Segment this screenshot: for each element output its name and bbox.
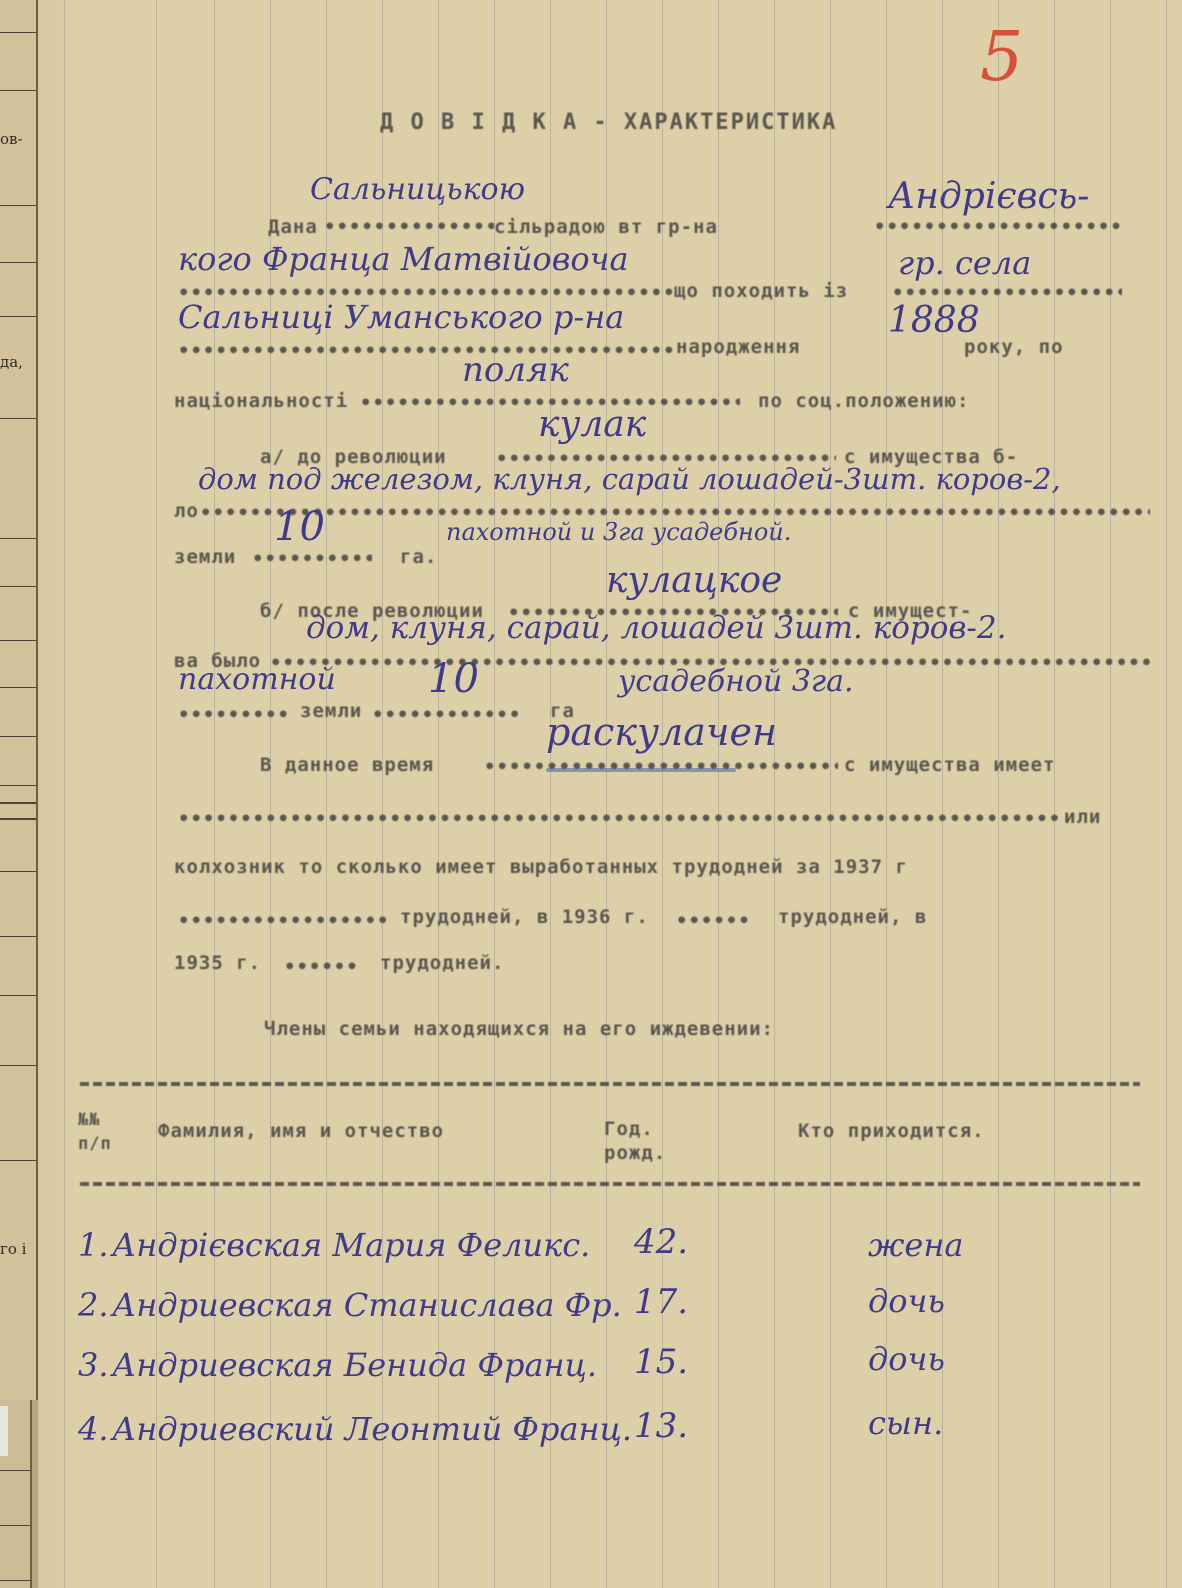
- handwritten-origin: гр. села: [898, 244, 1031, 282]
- fill-dots: ••••••••••••••••••••••••••••••••••••••••…: [178, 808, 1058, 830]
- handwritten-land-after: 10: [428, 656, 479, 702]
- handwritten-property-after: дом, клуня, сарай, лошадей 3шт. коров-2.: [306, 610, 1006, 646]
- row-year: 13.: [634, 1406, 688, 1446]
- rule-line: [0, 802, 36, 804]
- handwritten-issuer: Сальницькою: [310, 172, 525, 207]
- handwritten-status-before: кулак: [538, 404, 646, 445]
- rule-line: [0, 90, 36, 91]
- rule-line: [0, 785, 36, 786]
- fill-dots: ••••••••••••••••••••: [324, 216, 494, 238]
- rule-line: [0, 538, 36, 539]
- handwritten-land-note-after: усадебной 3га.: [618, 664, 854, 699]
- adjacent-page-edge: ов- да, го і: [0, 0, 38, 1400]
- rule-line: [0, 1525, 30, 1526]
- fill-dots: ••••••: [676, 910, 766, 932]
- handwritten-birth-year: 1888: [888, 300, 980, 341]
- form-label: трудодней, в 1936 г.: [400, 906, 649, 928]
- handwritten-property-before: дом под железом, клуня, сарай лошадей-3ш…: [198, 462, 1061, 496]
- handwritten-arable: пахотной: [178, 662, 336, 697]
- adjacent-text-fragment: да,: [0, 353, 23, 371]
- rule-line: [0, 936, 36, 937]
- rule-line: [0, 1160, 36, 1161]
- form-label: трудодней.: [380, 952, 504, 974]
- form-label: народження: [676, 336, 800, 358]
- row-year: 17.: [634, 1282, 688, 1322]
- row-name: Андрієвская Мария Феликс.: [112, 1226, 590, 1264]
- row-year: 42.: [634, 1222, 688, 1262]
- fill-dots: ••••••••••••••••••••••••••••••••••••: [484, 756, 838, 778]
- document-title: Д О В І Д К А - ХАРАКТЕРИСТИКА: [380, 110, 837, 135]
- form-label: 1935 г.: [174, 952, 261, 974]
- rule-line: [0, 262, 36, 263]
- row-year: 15.: [634, 1342, 688, 1382]
- rule-line: [0, 871, 36, 872]
- rule-line: [0, 205, 36, 206]
- form-label: по соц.положению:: [758, 390, 969, 412]
- handwritten-land-note-before: пахотной и 3га усадебной.: [446, 518, 791, 546]
- table-header-year: рожд.: [604, 1142, 666, 1164]
- form-label: В данное время: [260, 754, 434, 776]
- handwritten-surname: Андрієвсь-: [888, 176, 1089, 217]
- adjacent-text-fragment: го і: [0, 1240, 26, 1258]
- form-label: или: [1064, 806, 1101, 828]
- table-header-num: п/п: [78, 1134, 112, 1154]
- handwritten-land-before: 10: [274, 504, 325, 550]
- rule-line: [0, 818, 36, 820]
- row-name: Андриевская Станислава Фр.: [112, 1286, 622, 1324]
- rule-line: [0, 586, 36, 587]
- row-relation: дочь: [868, 1340, 945, 1378]
- row-name: Андриевский Леонтий Франц.: [112, 1410, 632, 1448]
- row-number: 1.: [78, 1226, 109, 1264]
- rule-line: [0, 1580, 30, 1581]
- document-sheet: 5 Д О В І Д К А - ХАРАКТЕРИСТИКА Дана ••…: [38, 0, 1182, 1588]
- rule-line: [0, 736, 36, 737]
- page-number: 5: [980, 18, 1023, 97]
- form-label: га.: [400, 546, 437, 568]
- table-header-border: [80, 1182, 1140, 1186]
- rule-line: [0, 1065, 36, 1066]
- fill-dots: •••••••••••••••••: [178, 910, 388, 932]
- form-label: колхозник то сколько имеет выработанных …: [174, 856, 908, 878]
- fill-dots: ••••••••••••: [252, 548, 372, 570]
- row-number: 4.: [78, 1410, 109, 1448]
- table-header-year: Год.: [604, 1118, 654, 1140]
- handwritten-full-name: кого Франца Матвійовоча: [178, 240, 629, 278]
- fill-dots: •••••••••••••••: [372, 704, 520, 726]
- handwritten-status-after: кулацкое: [606, 560, 782, 601]
- table-header-relation: Кто приходится.: [798, 1120, 985, 1142]
- row-number: 2.: [78, 1286, 109, 1324]
- rule-line: [0, 316, 36, 317]
- rule-line: [0, 687, 36, 688]
- row-relation: сын.: [868, 1404, 943, 1442]
- fill-dots: •••••••••••: [178, 704, 288, 726]
- rule-line: [0, 1470, 30, 1471]
- fill-dots: ••••••••••••••••••••••••••••••••••••••••…: [178, 340, 674, 362]
- table-header-num: №№: [78, 1110, 100, 1130]
- handwritten-village: Сальниці Уманського р-на: [178, 298, 624, 336]
- form-label: трудодней, в: [778, 906, 927, 928]
- row-relation: жена: [868, 1226, 963, 1264]
- form-label: національності: [174, 390, 348, 412]
- family-heading: Члены семьи находящихся на его иждевении…: [264, 1018, 774, 1040]
- rule-line: [0, 418, 36, 419]
- row-name: Андриевская Бенида Франц.: [112, 1346, 597, 1384]
- form-label: с имущества имеет: [844, 754, 1055, 776]
- form-label: Дана: [268, 216, 318, 238]
- rule-line: [0, 995, 36, 996]
- form-label: що походить із: [674, 280, 848, 302]
- form-label: року, по: [964, 336, 1064, 358]
- fill-dots: ••••••: [284, 956, 374, 978]
- paper-tab: [0, 1406, 8, 1456]
- rule-line: [0, 32, 36, 33]
- handwritten-nationality: поляк: [462, 350, 569, 390]
- fill-dots: ••••••••••••••••••••••••••: [874, 216, 1124, 238]
- form-label: ло: [174, 500, 199, 522]
- blue-underline: [546, 768, 736, 772]
- row-number: 3.: [78, 1346, 109, 1384]
- form-label: сільрадою вт гр-на: [494, 216, 718, 238]
- table-header-name: Фамилия, имя и отчество: [158, 1120, 444, 1142]
- table-top-border: [80, 1082, 1140, 1086]
- form-label: земли: [300, 700, 362, 722]
- rule-line: [0, 640, 36, 641]
- form-label: земли: [174, 546, 236, 568]
- adjacent-page-lower-edge: [0, 1400, 32, 1588]
- handwritten-current-status: раскулачен: [546, 710, 777, 754]
- adjacent-text-fragment: ов-: [0, 130, 23, 148]
- row-relation: дочь: [868, 1282, 945, 1320]
